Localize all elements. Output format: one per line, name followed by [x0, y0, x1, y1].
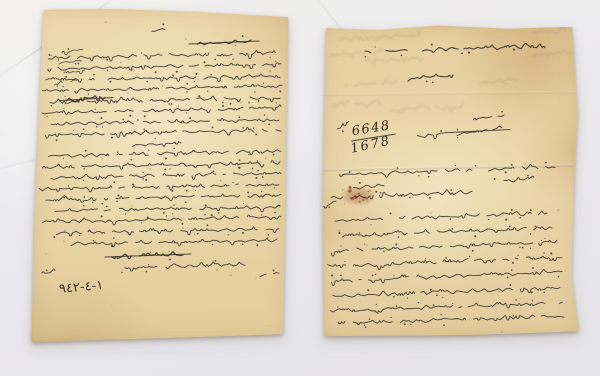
photo-two-handwritten-manuscript-pages: ١-٤-٩٤٢ 6648 1678	[0, 0, 600, 376]
right-page-paper: 6648 1678	[322, 25, 580, 338]
right-page-handwriting	[322, 25, 580, 338]
right-manuscript-page: 6648 1678	[322, 25, 580, 338]
left-page-paper: ١-٤-٩٤٢	[31, 8, 289, 343]
left-manuscript-page: ١-٤-٩٤٢	[31, 8, 289, 343]
